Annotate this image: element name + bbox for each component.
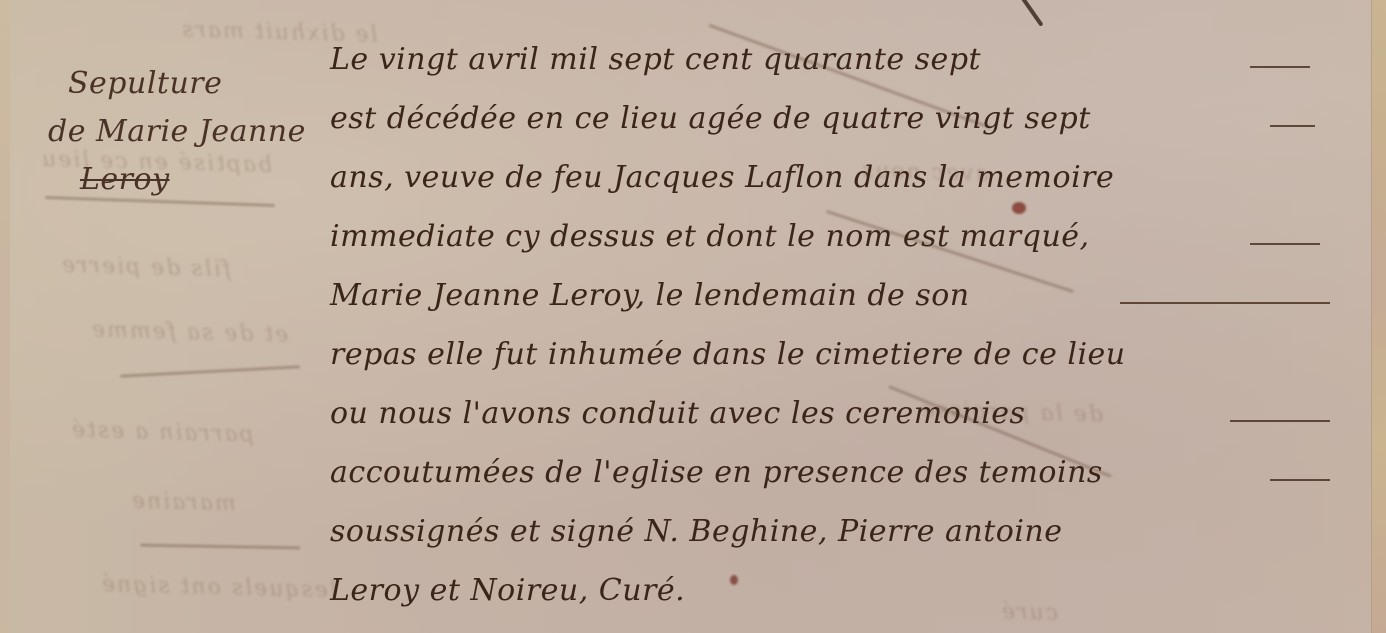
page-right-edge	[1371, 0, 1386, 633]
entry-line: ans, veuve de feu Jacques Laflon dans la…	[330, 148, 1340, 207]
entry-line-text: repas elle fut inhumée dans le cimetiere…	[330, 337, 1126, 372]
entry-line: Leroy et Noireu, Curé.	[330, 561, 1340, 620]
entry-line: repas elle fut inhumée dans le cimetiere…	[330, 325, 1340, 384]
burial-entry: Le vingt avril mil sept cent quarante se…	[330, 30, 1340, 620]
margin-note-line: Sepulture	[40, 60, 280, 108]
entry-line-text: ans, veuve de feu Jacques Laflon dans la…	[330, 160, 1114, 195]
entry-line-text: soussignés et signé N. Beghine, Pierre a…	[330, 514, 1063, 549]
entry-line-text: immediate cy dessus et dont le nom est m…	[330, 219, 1090, 254]
entry-line-text: accoutumées de l'eglise en presence des …	[330, 455, 1103, 490]
entry-line: Le vingt avril mil sept cent quarante se…	[330, 30, 1340, 89]
entry-line-text: Marie Jeanne Leroy, le lendemain de son	[330, 278, 970, 313]
entry-line-text: ou nous l'avons conduit avec les ceremon…	[330, 396, 1025, 431]
entry-line: est décédée en ce lieu agée de quatre vi…	[330, 89, 1340, 148]
line-filler-stroke	[1250, 66, 1310, 68]
line-filler-stroke	[1230, 420, 1330, 422]
entry-line: accoutumées de l'eglise en presence des …	[330, 443, 1340, 502]
ink-blot	[1012, 202, 1026, 214]
line-filler-stroke	[1270, 479, 1330, 481]
margin-note-line: de Marie Jeanne	[40, 108, 280, 156]
entry-line: Marie Jeanne Leroy, le lendemain de son	[330, 266, 1340, 325]
page-left-edge	[0, 0, 10, 633]
ink-blot	[730, 575, 738, 585]
entry-line-text: est décédée en ce lieu agée de quatre vi…	[330, 101, 1091, 136]
line-filler-stroke	[1270, 125, 1315, 127]
entry-line-text: Leroy et Noireu, Curé.	[330, 573, 685, 608]
entry-line: soussignés et signé N. Beghine, Pierre a…	[330, 502, 1340, 561]
line-filler-stroke	[1120, 302, 1330, 304]
margin-note: Sepulture de Marie Jeanne Leroy	[40, 60, 280, 204]
entry-line: ou nous l'avons conduit avec les ceremon…	[330, 384, 1340, 443]
entry-line-text: Le vingt avril mil sept cent quarante se…	[330, 42, 981, 77]
entry-line: immediate cy dessus et dont le nom est m…	[330, 207, 1340, 266]
line-filler-stroke	[1250, 243, 1320, 245]
margin-note-line: Leroy	[40, 156, 280, 204]
